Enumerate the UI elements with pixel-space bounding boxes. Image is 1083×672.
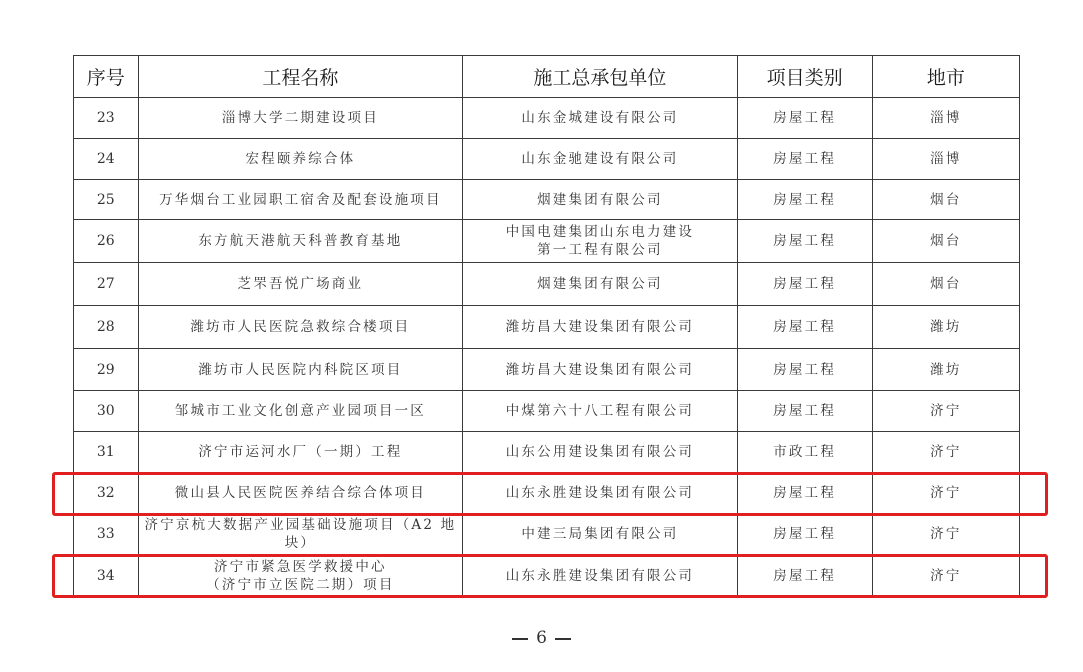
cell-contractor: 山东永胜建设集团有限公司 bbox=[463, 555, 737, 597]
table-row: 23淄博大学二期建设项目山东金城建设有限公司房屋工程淄博 bbox=[74, 98, 1020, 139]
cell-category: 房屋工程 bbox=[737, 98, 872, 139]
cell-seq-text: 32 bbox=[97, 485, 115, 501]
cell-category-text: 房屋工程 bbox=[773, 151, 836, 167]
cell-contractor: 山东公用建设集团有限公司 bbox=[463, 432, 737, 473]
cell-city: 济宁 bbox=[872, 473, 1019, 514]
cell-category: 房屋工程 bbox=[737, 306, 872, 349]
table-row: 30邹城市工业文化创意产业园项目一区中煤第六十八工程有限公司房屋工程济宁 bbox=[74, 391, 1020, 432]
cell-contractor-text: 中国电建集团山东电力建设 bbox=[467, 223, 732, 241]
cell-seq-text: 23 bbox=[97, 110, 115, 126]
cell-seq: 31 bbox=[74, 432, 139, 473]
cell-project-name: 济宁市紧急医学救援中心（济宁市立医院二期）项目 bbox=[138, 555, 463, 597]
cell-seq: 33 bbox=[74, 514, 139, 555]
cell-project-name-text: 济宁市紧急医学救援中心 bbox=[143, 558, 459, 576]
cell-seq: 24 bbox=[74, 139, 139, 180]
cell-contractor-text: 山东金驰建设有限公司 bbox=[521, 151, 678, 167]
table-row: 29潍坊市人民医院内科院区项目潍坊昌大建设集团有限公司房屋工程潍坊 bbox=[74, 349, 1020, 391]
cell-category-text: 房屋工程 bbox=[773, 233, 836, 249]
table-row: 32微山县人民医院医养结合综合体项目山东永胜建设集团有限公司房屋工程济宁 bbox=[74, 473, 1020, 514]
page-footer: 6 bbox=[0, 628, 1083, 648]
cell-seq: 29 bbox=[74, 349, 139, 391]
cell-contractor-text: 中煤第六十八工程有限公司 bbox=[506, 403, 694, 419]
cell-project-name-text: 微山县人民医院医养结合综合体项目 bbox=[175, 485, 426, 501]
header-seq: 序号 bbox=[74, 56, 139, 98]
cell-city: 淄博 bbox=[872, 98, 1019, 139]
cell-contractor-text: 第一工程有限公司 bbox=[467, 241, 732, 259]
cell-city: 济宁 bbox=[872, 514, 1019, 555]
cell-city-text: 潍坊 bbox=[930, 319, 961, 335]
cell-project-name-text: 淄博大学二期建设项目 bbox=[222, 110, 379, 126]
cell-contractor-text: 山东永胜建设集团有限公司 bbox=[506, 485, 694, 501]
cell-city: 烟台 bbox=[872, 263, 1019, 306]
cell-project-name: 芝罘吾悦广场商业 bbox=[138, 263, 463, 306]
cell-seq-text: 28 bbox=[97, 319, 115, 335]
cell-category-text: 房屋工程 bbox=[773, 403, 836, 419]
table-row: 28潍坊市人民医院急救综合楼项目潍坊昌大建设集团有限公司房屋工程潍坊 bbox=[74, 306, 1020, 349]
cell-seq: 25 bbox=[74, 180, 139, 220]
cell-category: 房屋工程 bbox=[737, 514, 872, 555]
cell-project-name: 济宁市运河水厂（一期）工程 bbox=[138, 432, 463, 473]
cell-contractor: 潍坊昌大建设集团有限公司 bbox=[463, 349, 737, 391]
cell-contractor: 中建三局集团有限公司 bbox=[463, 514, 737, 555]
cell-seq: 30 bbox=[74, 391, 139, 432]
cell-category-text: 房屋工程 bbox=[773, 192, 836, 208]
table-header-row: 序号 工程名称 施工总承包单位 项目类别 地市 bbox=[74, 56, 1020, 98]
cell-city-text: 潍坊 bbox=[930, 362, 961, 378]
cell-contractor: 潍坊昌大建设集团有限公司 bbox=[463, 306, 737, 349]
cell-city-text: 淄博 bbox=[930, 110, 961, 126]
cell-city: 潍坊 bbox=[872, 349, 1019, 391]
cell-category: 房屋工程 bbox=[737, 139, 872, 180]
cell-seq-text: 30 bbox=[97, 403, 115, 419]
cell-project-name-text: 潍坊市人民医院急救综合楼项目 bbox=[190, 319, 410, 335]
cell-contractor-text: 烟建集团有限公司 bbox=[537, 276, 663, 292]
cell-project-name-text: （济宁市立医院二期）项目 bbox=[143, 576, 459, 594]
cell-project-name: 万华烟台工业园职工宿舍及配套设施项目 bbox=[138, 180, 463, 220]
cell-project-name-text: 邹城市工业文化创意产业园项目一区 bbox=[175, 403, 426, 419]
header-category: 项目类别 bbox=[737, 56, 872, 98]
cell-project-name: 潍坊市人民医院急救综合楼项目 bbox=[138, 306, 463, 349]
cell-seq-text: 26 bbox=[97, 233, 115, 249]
header-city: 地市 bbox=[872, 56, 1019, 98]
cell-contractor-text: 山东金城建设有限公司 bbox=[521, 110, 678, 126]
header-contractor: 施工总承包单位 bbox=[463, 56, 737, 98]
cell-city: 淄博 bbox=[872, 139, 1019, 180]
cell-seq: 32 bbox=[74, 473, 139, 514]
table-row: 34济宁市紧急医学救援中心（济宁市立医院二期）项目山东永胜建设集团有限公司房屋工… bbox=[74, 555, 1020, 597]
cell-city: 济宁 bbox=[872, 555, 1019, 597]
cell-contractor-text: 潍坊昌大建设集团有限公司 bbox=[506, 319, 694, 335]
cell-project-name: 邹城市工业文化创意产业园项目一区 bbox=[138, 391, 463, 432]
cell-seq-text: 27 bbox=[97, 276, 115, 292]
cell-contractor-text: 山东公用建设集团有限公司 bbox=[506, 444, 694, 460]
cell-project-name-text: 东方航天港航天科普教育基地 bbox=[198, 233, 402, 249]
page-number: 6 bbox=[536, 628, 547, 648]
cell-seq: 34 bbox=[74, 555, 139, 597]
cell-seq-text: 34 bbox=[97, 568, 115, 584]
cell-project-name: 微山县人民医院医养结合综合体项目 bbox=[138, 473, 463, 514]
cell-category: 房屋工程 bbox=[737, 180, 872, 220]
cell-contractor: 烟建集团有限公司 bbox=[463, 263, 737, 306]
cell-project-name: 潍坊市人民医院内科院区项目 bbox=[138, 349, 463, 391]
table-row: 26东方航天港航天科普教育基地中国电建集团山东电力建设第一工程有限公司房屋工程烟… bbox=[74, 220, 1020, 263]
cell-project-name: 宏程颐养综合体 bbox=[138, 139, 463, 180]
header-project-name: 工程名称 bbox=[138, 56, 463, 98]
cell-city-text: 淄博 bbox=[930, 151, 961, 167]
cell-city: 潍坊 bbox=[872, 306, 1019, 349]
cell-city-text: 济宁 bbox=[930, 403, 961, 419]
cell-city-text: 烟台 bbox=[930, 276, 961, 292]
cell-seq-text: 29 bbox=[97, 362, 115, 378]
table-row: 24宏程颐养综合体山东金驰建设有限公司房屋工程淄博 bbox=[74, 139, 1020, 180]
cell-category: 房屋工程 bbox=[737, 473, 872, 514]
cell-contractor-text: 中建三局集团有限公司 bbox=[521, 526, 678, 542]
cell-project-name-text: 宏程颐养综合体 bbox=[245, 151, 355, 167]
cell-category: 房屋工程 bbox=[737, 391, 872, 432]
cell-contractor-text: 烟建集团有限公司 bbox=[537, 192, 663, 208]
table-row: 31济宁市运河水厂（一期）工程山东公用建设集团有限公司市政工程济宁 bbox=[74, 432, 1020, 473]
cell-project-name-text: 济宁京杭大数据产业园基础设施项目（A2 地块） bbox=[144, 517, 456, 551]
cell-category-text: 房屋工程 bbox=[773, 568, 836, 584]
cell-contractor: 烟建集团有限公司 bbox=[463, 180, 737, 220]
document-page: 序号 工程名称 施工总承包单位 项目类别 地市 23淄博大学二期建设项目山东金城… bbox=[0, 0, 1083, 672]
cell-city-text: 济宁 bbox=[930, 485, 961, 501]
cell-contractor: 山东金驰建设有限公司 bbox=[463, 139, 737, 180]
cell-city-text: 烟台 bbox=[930, 192, 961, 208]
cell-category: 市政工程 bbox=[737, 432, 872, 473]
dash-left bbox=[512, 638, 528, 640]
cell-contractor: 山东永胜建设集团有限公司 bbox=[463, 473, 737, 514]
cell-city: 烟台 bbox=[872, 180, 1019, 220]
cell-city-text: 济宁 bbox=[930, 568, 961, 584]
cell-city-text: 济宁 bbox=[930, 444, 961, 460]
cell-seq-text: 31 bbox=[97, 444, 115, 460]
cell-project-name: 东方航天港航天科普教育基地 bbox=[138, 220, 463, 263]
cell-seq: 27 bbox=[74, 263, 139, 306]
dash-right bbox=[555, 638, 571, 640]
cell-category: 房屋工程 bbox=[737, 263, 872, 306]
cell-city: 济宁 bbox=[872, 432, 1019, 473]
cell-category-text: 市政工程 bbox=[773, 444, 836, 460]
cell-city: 烟台 bbox=[872, 220, 1019, 263]
cell-category: 房屋工程 bbox=[737, 555, 872, 597]
cell-contractor: 山东金城建设有限公司 bbox=[463, 98, 737, 139]
cell-seq: 28 bbox=[74, 306, 139, 349]
cell-city: 济宁 bbox=[872, 391, 1019, 432]
cell-project-name: 淄博大学二期建设项目 bbox=[138, 98, 463, 139]
cell-seq: 26 bbox=[74, 220, 139, 263]
table-row: 33济宁京杭大数据产业园基础设施项目（A2 地块）中建三局集团有限公司房屋工程济… bbox=[74, 514, 1020, 555]
cell-city-text: 济宁 bbox=[930, 526, 961, 542]
cell-category: 房屋工程 bbox=[737, 220, 872, 263]
cell-category-text: 房屋工程 bbox=[773, 110, 836, 126]
cell-contractor: 中煤第六十八工程有限公司 bbox=[463, 391, 737, 432]
project-table: 序号 工程名称 施工总承包单位 项目类别 地市 23淄博大学二期建设项目山东金城… bbox=[73, 55, 1020, 597]
cell-category-text: 房屋工程 bbox=[773, 485, 836, 501]
cell-category-text: 房屋工程 bbox=[773, 362, 836, 378]
cell-category: 房屋工程 bbox=[737, 349, 872, 391]
cell-category-text: 房屋工程 bbox=[773, 319, 836, 335]
cell-seq: 23 bbox=[74, 98, 139, 139]
cell-project-name: 济宁京杭大数据产业园基础设施项目（A2 地块） bbox=[138, 514, 463, 555]
cell-contractor: 中国电建集团山东电力建设第一工程有限公司 bbox=[463, 220, 737, 263]
cell-category-text: 房屋工程 bbox=[773, 526, 836, 542]
cell-seq-text: 33 bbox=[97, 526, 115, 542]
table-row: 25万华烟台工业园职工宿舍及配套设施项目烟建集团有限公司房屋工程烟台 bbox=[74, 180, 1020, 220]
cell-seq-text: 25 bbox=[97, 192, 115, 208]
table-row: 27芝罘吾悦广场商业烟建集团有限公司房屋工程烟台 bbox=[74, 263, 1020, 306]
cell-category-text: 房屋工程 bbox=[773, 276, 836, 292]
cell-contractor-text: 潍坊昌大建设集团有限公司 bbox=[506, 362, 694, 378]
cell-project-name-text: 芝罘吾悦广场商业 bbox=[238, 276, 364, 292]
cell-project-name-text: 万华烟台工业园职工宿舍及配套设施项目 bbox=[159, 192, 442, 208]
cell-project-name-text: 济宁市运河水厂（一期）工程 bbox=[198, 444, 402, 460]
cell-contractor-text: 山东永胜建设集团有限公司 bbox=[506, 568, 694, 584]
cell-seq-text: 24 bbox=[97, 151, 115, 167]
cell-city-text: 烟台 bbox=[930, 233, 961, 249]
cell-project-name-text: 潍坊市人民医院内科院区项目 bbox=[198, 362, 402, 378]
